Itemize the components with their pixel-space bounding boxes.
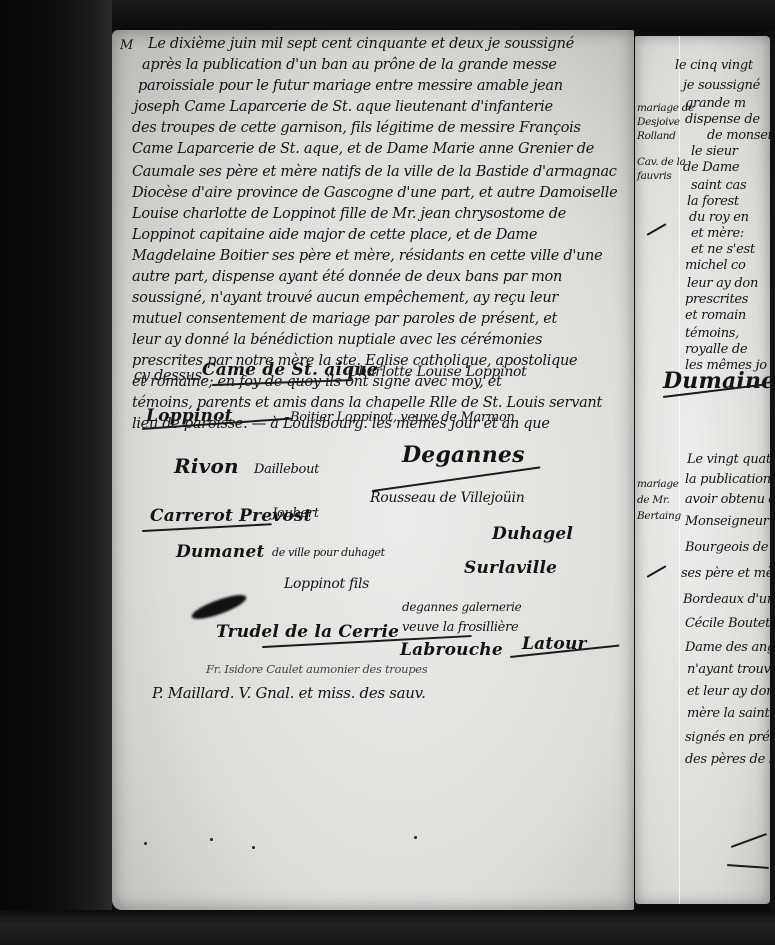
margin-dash: [647, 565, 667, 578]
signature: P. Maillard. V. Gnal. et miss. des sauv.: [152, 684, 426, 702]
signature: Rousseau de Villejoüin: [370, 490, 524, 506]
entry-line: Le dixième juin mil sept cent cinquante …: [148, 36, 574, 52]
binding-top-edge: [0, 0, 775, 32]
signature: Duhagel: [492, 524, 573, 544]
binding-bottom-edge: [0, 910, 775, 945]
entry-line: Magdelaine Boitier ses père et mère, rés…: [132, 248, 602, 264]
margin-dash: [647, 223, 667, 236]
paper-speck: [210, 838, 213, 841]
signature: Daillebout: [254, 462, 319, 477]
right-page-edge: [770, 30, 775, 910]
signature: Trudel de la Cerrie: [216, 622, 399, 642]
microfilm-scan: M Le dixième juin mil sept cent cinquant…: [0, 0, 775, 945]
signature: Surlaville: [464, 558, 557, 578]
right-register-page: mariage de Desjoive Rolland Cav. de la f…: [635, 36, 770, 904]
paper-speck: [144, 842, 147, 845]
entry-line: des troupes de cette garnison, fils légi…: [132, 120, 581, 136]
entry-line: Caumale ses père et mère natifs de la vi…: [132, 164, 617, 180]
signature: Fr. Isidore Caulet aumonier des troupes: [206, 662, 427, 676]
signature: veuve la frosillière: [402, 620, 518, 635]
signature: Joubert: [272, 506, 319, 521]
entry-line: Louise charlotte de Loppinot fille de Mr…: [132, 206, 566, 222]
signature: Boitier Loppinot, veuve de Marmon: [290, 410, 515, 425]
left-register-page: M Le dixième juin mil sept cent cinquant…: [112, 30, 634, 910]
paper-speck: [252, 846, 255, 849]
signature: Charlotte Louise Loppinot: [348, 364, 527, 380]
entry-line: soussigné, n'ayant trouvé aucun empêchem…: [132, 290, 558, 306]
signature: Labrouche: [400, 640, 503, 660]
paper-speck: [414, 836, 417, 839]
signature-flourish: [727, 864, 769, 869]
entry-line: Diocèse d'aire province de Gascogne d'un…: [132, 185, 617, 201]
book-spine-shadow: [0, 0, 112, 945]
signature-flourish: [372, 466, 541, 492]
signature: Rivon: [174, 454, 239, 478]
entry-line: leur ay donné la bénédiction nuptiale av…: [132, 332, 542, 348]
entry-line: mutuel consentement de mariage par parol…: [132, 311, 557, 327]
ink-blot: [189, 591, 248, 624]
entry-line: après la publication d'un ban au prône d…: [142, 57, 557, 73]
signature: Loppinot fils: [284, 576, 369, 592]
entry-line: joseph Came Laparcerie de St. aque lieut…: [134, 99, 553, 115]
signature: de ville pour duhaget: [272, 546, 385, 559]
entry-line: Came Laparcerie de St. aque, et de Dame …: [132, 141, 594, 157]
signature: Degannes: [402, 442, 525, 468]
signature: degannes galernerie: [402, 600, 521, 614]
signature: Dumanet: [176, 542, 265, 562]
entry-line: paroissiale pour le futur mariage entre …: [138, 78, 563, 94]
entry-closing-line: cy dessus.: [134, 368, 206, 384]
entry-line: Loppinot capitaine aide major de cette p…: [132, 227, 537, 243]
entry-line: autre part, dispense ayant été donnée de…: [132, 269, 562, 285]
signature-flourish: [731, 833, 767, 848]
margin-mark: M: [120, 38, 133, 53]
